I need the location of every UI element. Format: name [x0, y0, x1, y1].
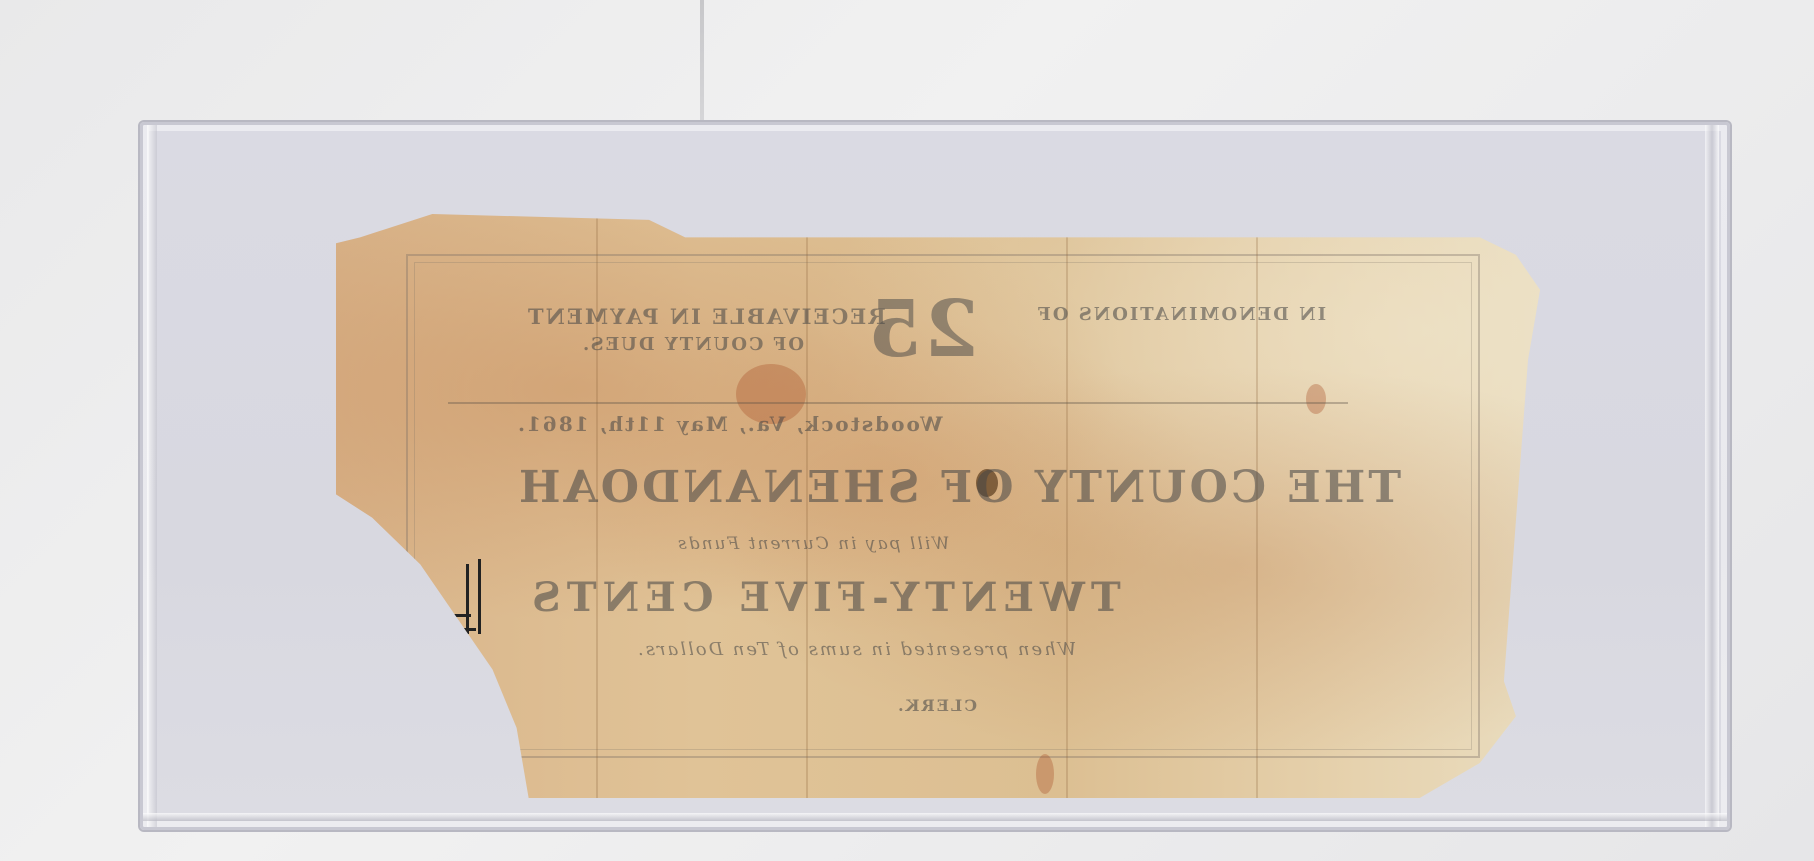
sleeve-bottom-edge [143, 813, 1727, 821]
amount-title: TWENTY-FIVE CENTS [526, 574, 1121, 621]
header-left-text: RECEIVABLE IN PAYMENT [526, 304, 886, 329]
denomination-numeral: 25 [866, 284, 979, 375]
clerk-label: CLERK. [896, 696, 977, 715]
redeem-line: When presented in sums of Ten Dollars. [636, 639, 1076, 660]
header-left-text-2: OF COUNTY DUES. [581, 334, 804, 355]
stain [1306, 384, 1326, 414]
sleeve-right-edge [1705, 125, 1719, 827]
header-right-text: IN DENOMINATIONS OF [1036, 304, 1326, 325]
date-line: Woodstock, Va., May 11th, 1861. [516, 412, 943, 436]
sleeve-left-edge [147, 125, 157, 827]
payable-line: Will pay in Current Funds [676, 534, 949, 554]
divider-line [448, 402, 1348, 404]
issuer-title: THE COUNTY OF SHENANDOAH [516, 462, 1401, 513]
banknote: RECEIVABLE IN PAYMENT OF COUNTY DUES. 25… [336, 214, 1540, 798]
stain [1036, 754, 1054, 794]
